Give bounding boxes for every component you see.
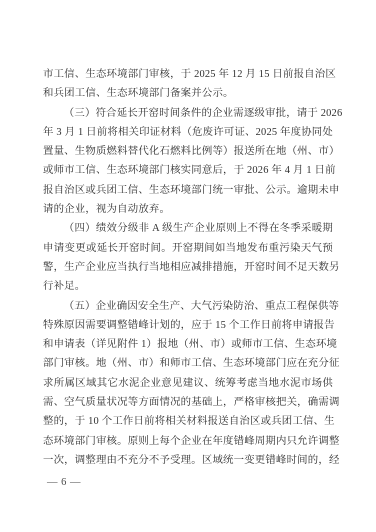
text-line: 置量、生物质燃料替代化石燃料比例等）报送所在地（州、市） — [43, 142, 333, 161]
document-page: 市工信、生态环境部门审核，于 2025 年 12 月 15 日前报自治区和兵团工… — [0, 0, 376, 532]
text-line: 或师市工信、生态环境部门核实同意后，于 2026 年 4 月 1 日前 — [43, 161, 333, 180]
paragraph: （三）符合延长开窑时间条件的企业需逐级审批，请于 2026年 3 月 1 日前将… — [43, 104, 333, 220]
page-number: — 6 — — [47, 476, 81, 490]
text-line: 年 3 月 1 日前将相关印证材料（危废许可证、2025 年度协同处 — [43, 123, 333, 142]
text-line: 部门审核。地（州、市）和师市工信、生态环境部门应在充分征 — [43, 354, 333, 373]
text-line: 特殊原因需要调整错峰计划的，应于 15 个工作日前将申请报告 — [43, 316, 333, 335]
text-line: （四）绩效分级非 A 级生产企业原则上不得在冬季采暖期 — [43, 219, 333, 238]
text-line: 和兵团工信、生态环境部门备案并公示。 — [43, 84, 333, 103]
text-line: 态环境部门审核。原则上每个企业在年度错峰周期内只允许调整 — [43, 432, 333, 451]
paragraph: （四）绩效分级非 A 级生产企业原则上不得在冬季采暖期申请变更或延长开窑时间。开… — [43, 219, 333, 296]
text-line: （五）企业确因安全生产、大气污染防治、重点工程保供等 — [43, 297, 333, 316]
text-line: 警，生产企业应当执行当地相应减排措施，开窑时间不足天数另 — [43, 258, 333, 277]
paragraph: （五）企业确因安全生产、大气污染防治、重点工程保供等特殊原因需要调整错峰计划的，… — [43, 297, 333, 471]
text-line: 市工信、生态环境部门审核，于 2025 年 12 月 15 日前报自治区 — [43, 65, 333, 84]
text-line: 行补足。 — [43, 277, 333, 296]
text-line: 和申请表（详见附件 1）报地（州、市）或师市工信、生态环境 — [43, 335, 333, 354]
text-line: 报自治区或兵团工信、生态环境部门统一审批、公示。逾期未申 — [43, 181, 333, 200]
text-line: 需、空气质量状况等方面情况的基础上，严格审核把关，确需调 — [43, 393, 333, 412]
text-line: 整的，于 10 个工作日前将相关材料报送自治区或兵团工信、生 — [43, 412, 333, 431]
paragraph: 市工信、生态环境部门审核，于 2025 年 12 月 15 日前报自治区和兵团工… — [43, 65, 333, 104]
text-line: 申请变更或延长开窑时间。开窑期间如当地发布重污染天气预 — [43, 239, 333, 258]
text-line: 一次，调整理由不充分不予受理。区域统一变更错峰时间的，经 — [43, 451, 333, 470]
text-block: 市工信、生态环境部门审核，于 2025 年 12 月 15 日前报自治区和兵团工… — [43, 65, 333, 470]
text-line: （三）符合延长开窑时间条件的企业需逐级审批，请于 2026 — [43, 104, 333, 123]
text-line: 请的企业，视为自动放弃。 — [43, 200, 333, 219]
text-line: 求所属区域其它水泥企业意见建议、统筹考虑当地水泥市场供 — [43, 374, 333, 393]
